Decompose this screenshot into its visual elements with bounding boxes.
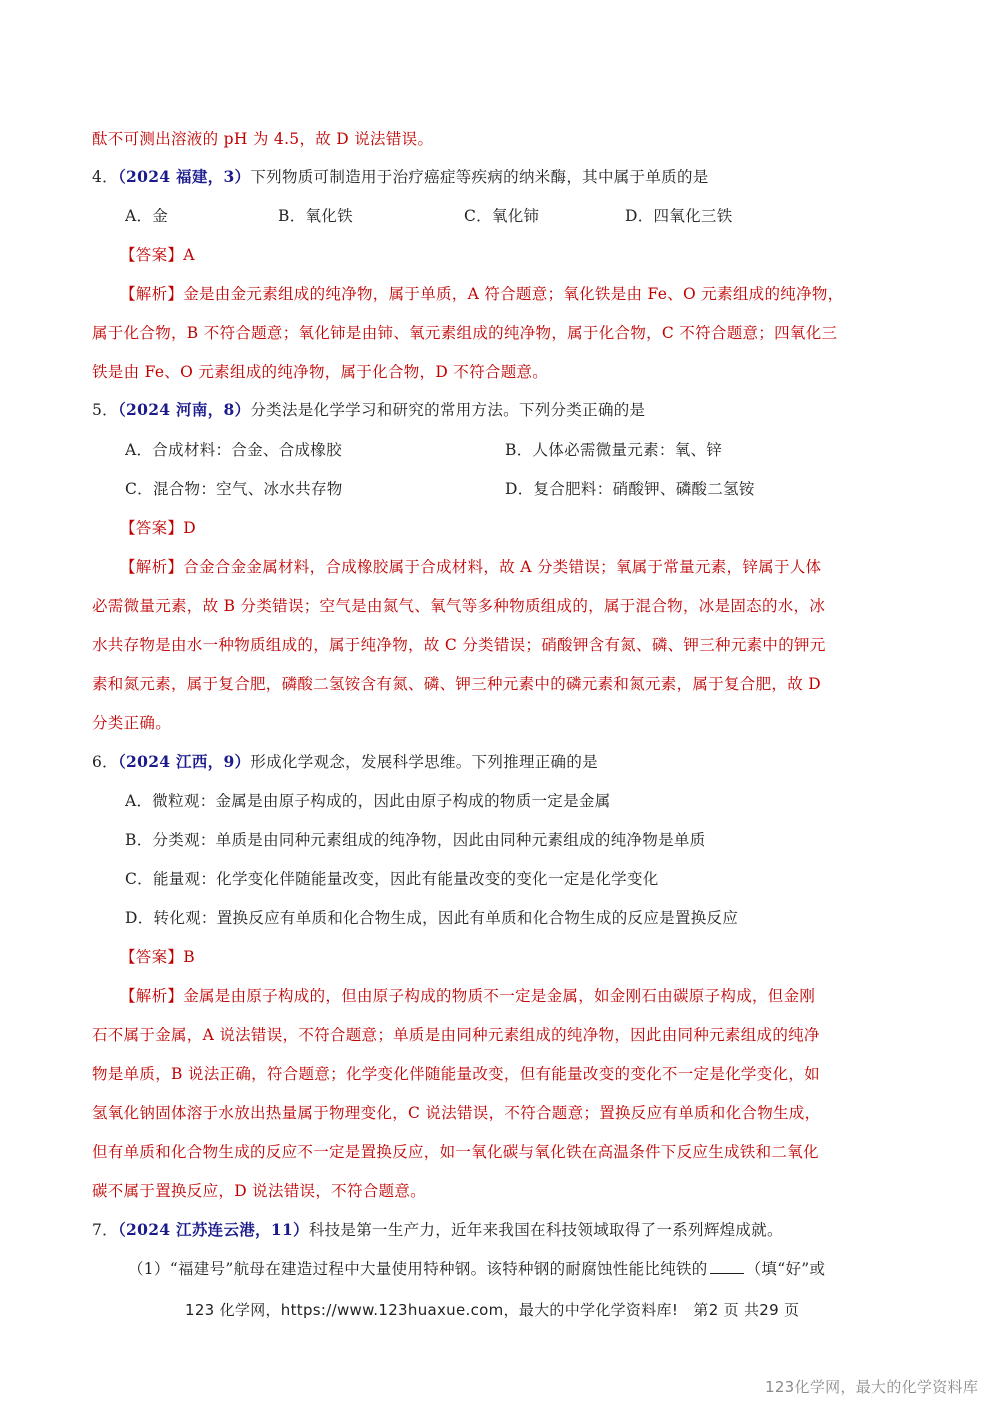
option-c: C．氧化铈 (464, 205, 539, 227)
option-c: C．混合物：空气、冰水共存物 (125, 478, 343, 500)
question-source: （2024 江苏连云港，11） (118, 1220, 309, 1239)
question-6-stem: 6．（2024 江西，9）形成化学观念，发展科学思维。下列推理正确的是 (92, 751, 598, 773)
analysis-line: 属于化合物，B 不符合题意；氧化铈是由铈、氧元素组成的纯净物，属于化合物，C 不… (92, 322, 837, 344)
analysis-line: 分类正确。 (92, 712, 171, 734)
option-d: D．四氧化三铁 (625, 205, 733, 227)
option-a: A．微粒观：金属是由原子构成的，因此由原子构成的物质一定是金属 (125, 790, 611, 812)
question-text: 下列物质可制造用于治疗癌症等疾病的纳米酶，其中属于单质的是 (250, 168, 708, 186)
analysis-line: 【解析】合金合金金属材料，合成橡胶属于合成材料，故 A 分类错误；氧属于常量元素… (120, 556, 821, 578)
analysis-line: 碳不属于置换反应，D 说法错误，不符合题意。 (92, 1180, 426, 1202)
analysis-line: 水共存物是由水一种物质组成的，属于纯净物，故 C 分类错误；硝酸钾含有氮、磷、钾… (92, 634, 826, 656)
question-number: 4． (92, 168, 118, 186)
answer-label: 【答案】 (120, 948, 183, 966)
sub-question-text: （填“好”或 (746, 1260, 826, 1278)
answer-value: B (183, 948, 195, 966)
analysis-label: 【解析】 (120, 558, 183, 576)
question-7-stem: 7．（2024 江苏连云港，11）科技是第一生产力，近年来我国在科技领域取得了一… (92, 1219, 783, 1241)
question-text: 科技是第一生产力，近年来我国在科技领域取得了一系列辉煌成就。 (309, 1221, 783, 1239)
answer: 【答案】B (120, 946, 195, 968)
analysis-line: 【解析】金是由金元素组成的纯净物，属于单质，A 符合题意；氧化铁是由 Fe、O … (120, 283, 843, 305)
option-a: A．合成材料：合金、合成橡胶 (125, 439, 342, 461)
analysis-line: 但有单质和化合物生成的反应不一定是置换反应，如一氧化碳与氧化铁在高温条件下反应生… (92, 1141, 819, 1163)
question-5-stem: 5．（2024 河南，8）分类法是化学学习和研究的常用方法。下列分类正确的是 (92, 399, 645, 421)
option-d: D．转化观：置换反应有单质和化合物生成，因此有单质和化合物生成的反应是置换反应 (125, 907, 738, 929)
question-4-stem: 4．（2024 福建，3）下列物质可制造用于治疗癌症等疾病的纳米酶，其中属于单质… (92, 166, 709, 188)
answer-value: A (183, 246, 195, 264)
carryover-analysis: 酞不可测出溶液的 pH 为 4.5，故 D 说法错误。 (92, 128, 433, 150)
analysis-label: 【解析】 (120, 987, 183, 1005)
analysis-label: 【解析】 (120, 285, 183, 303)
page-footer: 123 化学网，https://www.123huaxue.com，最大的中学化… (185, 1299, 799, 1321)
option-c: C．能量观：化学变化伴随能量改变，因此有能量改变的变化一定是化学变化 (125, 868, 659, 890)
option-b: B．分类观：单质是由同种元素组成的纯净物，因此由同种元素组成的纯净物是单质 (125, 829, 706, 851)
answer-label: 【答案】 (120, 519, 183, 537)
question-source: （2024 江西，9） (118, 752, 250, 771)
analysis-line: 必需微量元素，故 B 分类错误；空气是由氮气、氧气等多种物质组成的，属于混合物，… (92, 595, 825, 617)
watermark: 123化学网，最大的化学资料库 (765, 1376, 978, 1398)
question-number: 5． (92, 401, 118, 419)
analysis-line: 素和氮元素，属于复合肥，磷酸二氢铵含有氮、磷、钾三种元素中的磷元素和氮元素，属于… (92, 673, 821, 695)
answer-label: 【答案】 (120, 246, 183, 264)
analysis-line: 【解析】金属是由原子构成的，但由原子构成的物质不一定是金属，如金刚石由碳原子构成… (120, 985, 815, 1007)
analysis-line: 氢氧化钠固体溶于水放出热量属于物理变化，C 说法错误，不符合题意；置换反应有单质… (92, 1102, 820, 1124)
answer-blank[interactable] (710, 1259, 744, 1274)
question-text: 分类法是化学学习和研究的常用方法。下列分类正确的是 (250, 401, 645, 419)
answer: 【答案】A (120, 244, 195, 266)
question-number: 7． (92, 1221, 118, 1239)
question-source: （2024 福建，3） (118, 167, 250, 186)
answer-value: D (183, 519, 196, 537)
sub-question-text: （1）“福建号”航母在建造过程中大量使用特种钢。该特种钢的耐腐蚀性能比纯铁的 (128, 1260, 708, 1278)
analysis-line: 石不属于金属，A 说法错误，不符合题意；单质是由同种元素组成的纯净物，因此由同种… (92, 1024, 820, 1046)
analysis-text: 合金合金金属材料，合成橡胶属于合成材料，故 A 分类错误；氧属于常量元素，锌属于… (183, 558, 821, 576)
answer: 【答案】D (120, 517, 196, 539)
option-b: B．氧化铁 (278, 205, 353, 227)
analysis-text: 金是由金元素组成的纯净物，属于单质，A 符合题意；氧化铁是由 Fe、O 元素组成… (183, 285, 843, 303)
option-a: A．金 (125, 205, 168, 227)
analysis-line: 铁是由 Fe、O 元素组成的纯净物，属于化合物，D 不符合题意。 (92, 361, 548, 383)
option-d: D．复合肥料：硝酸钾、磷酸二氢铵 (505, 478, 755, 500)
option-b: B．人体必需微量元素：氧、锌 (505, 439, 722, 461)
question-source: （2024 河南，8） (118, 400, 250, 419)
question-number: 6． (92, 753, 118, 771)
analysis-text: 金属是由原子构成的，但由原子构成的物质不一定是金属，如金刚石由碳原子构成，但金刚 (183, 987, 815, 1005)
question-7-sub1: （1）“福建号”航母在建造过程中大量使用特种钢。该特种钢的耐腐蚀性能比纯铁的（填… (128, 1258, 825, 1280)
question-text: 形成化学观念，发展科学思维。下列推理正确的是 (250, 753, 598, 771)
analysis-line: 物是单质，B 说法正确，符合题意；化学变化伴随能量改变，但有能量改变的变化不一定… (92, 1063, 820, 1085)
